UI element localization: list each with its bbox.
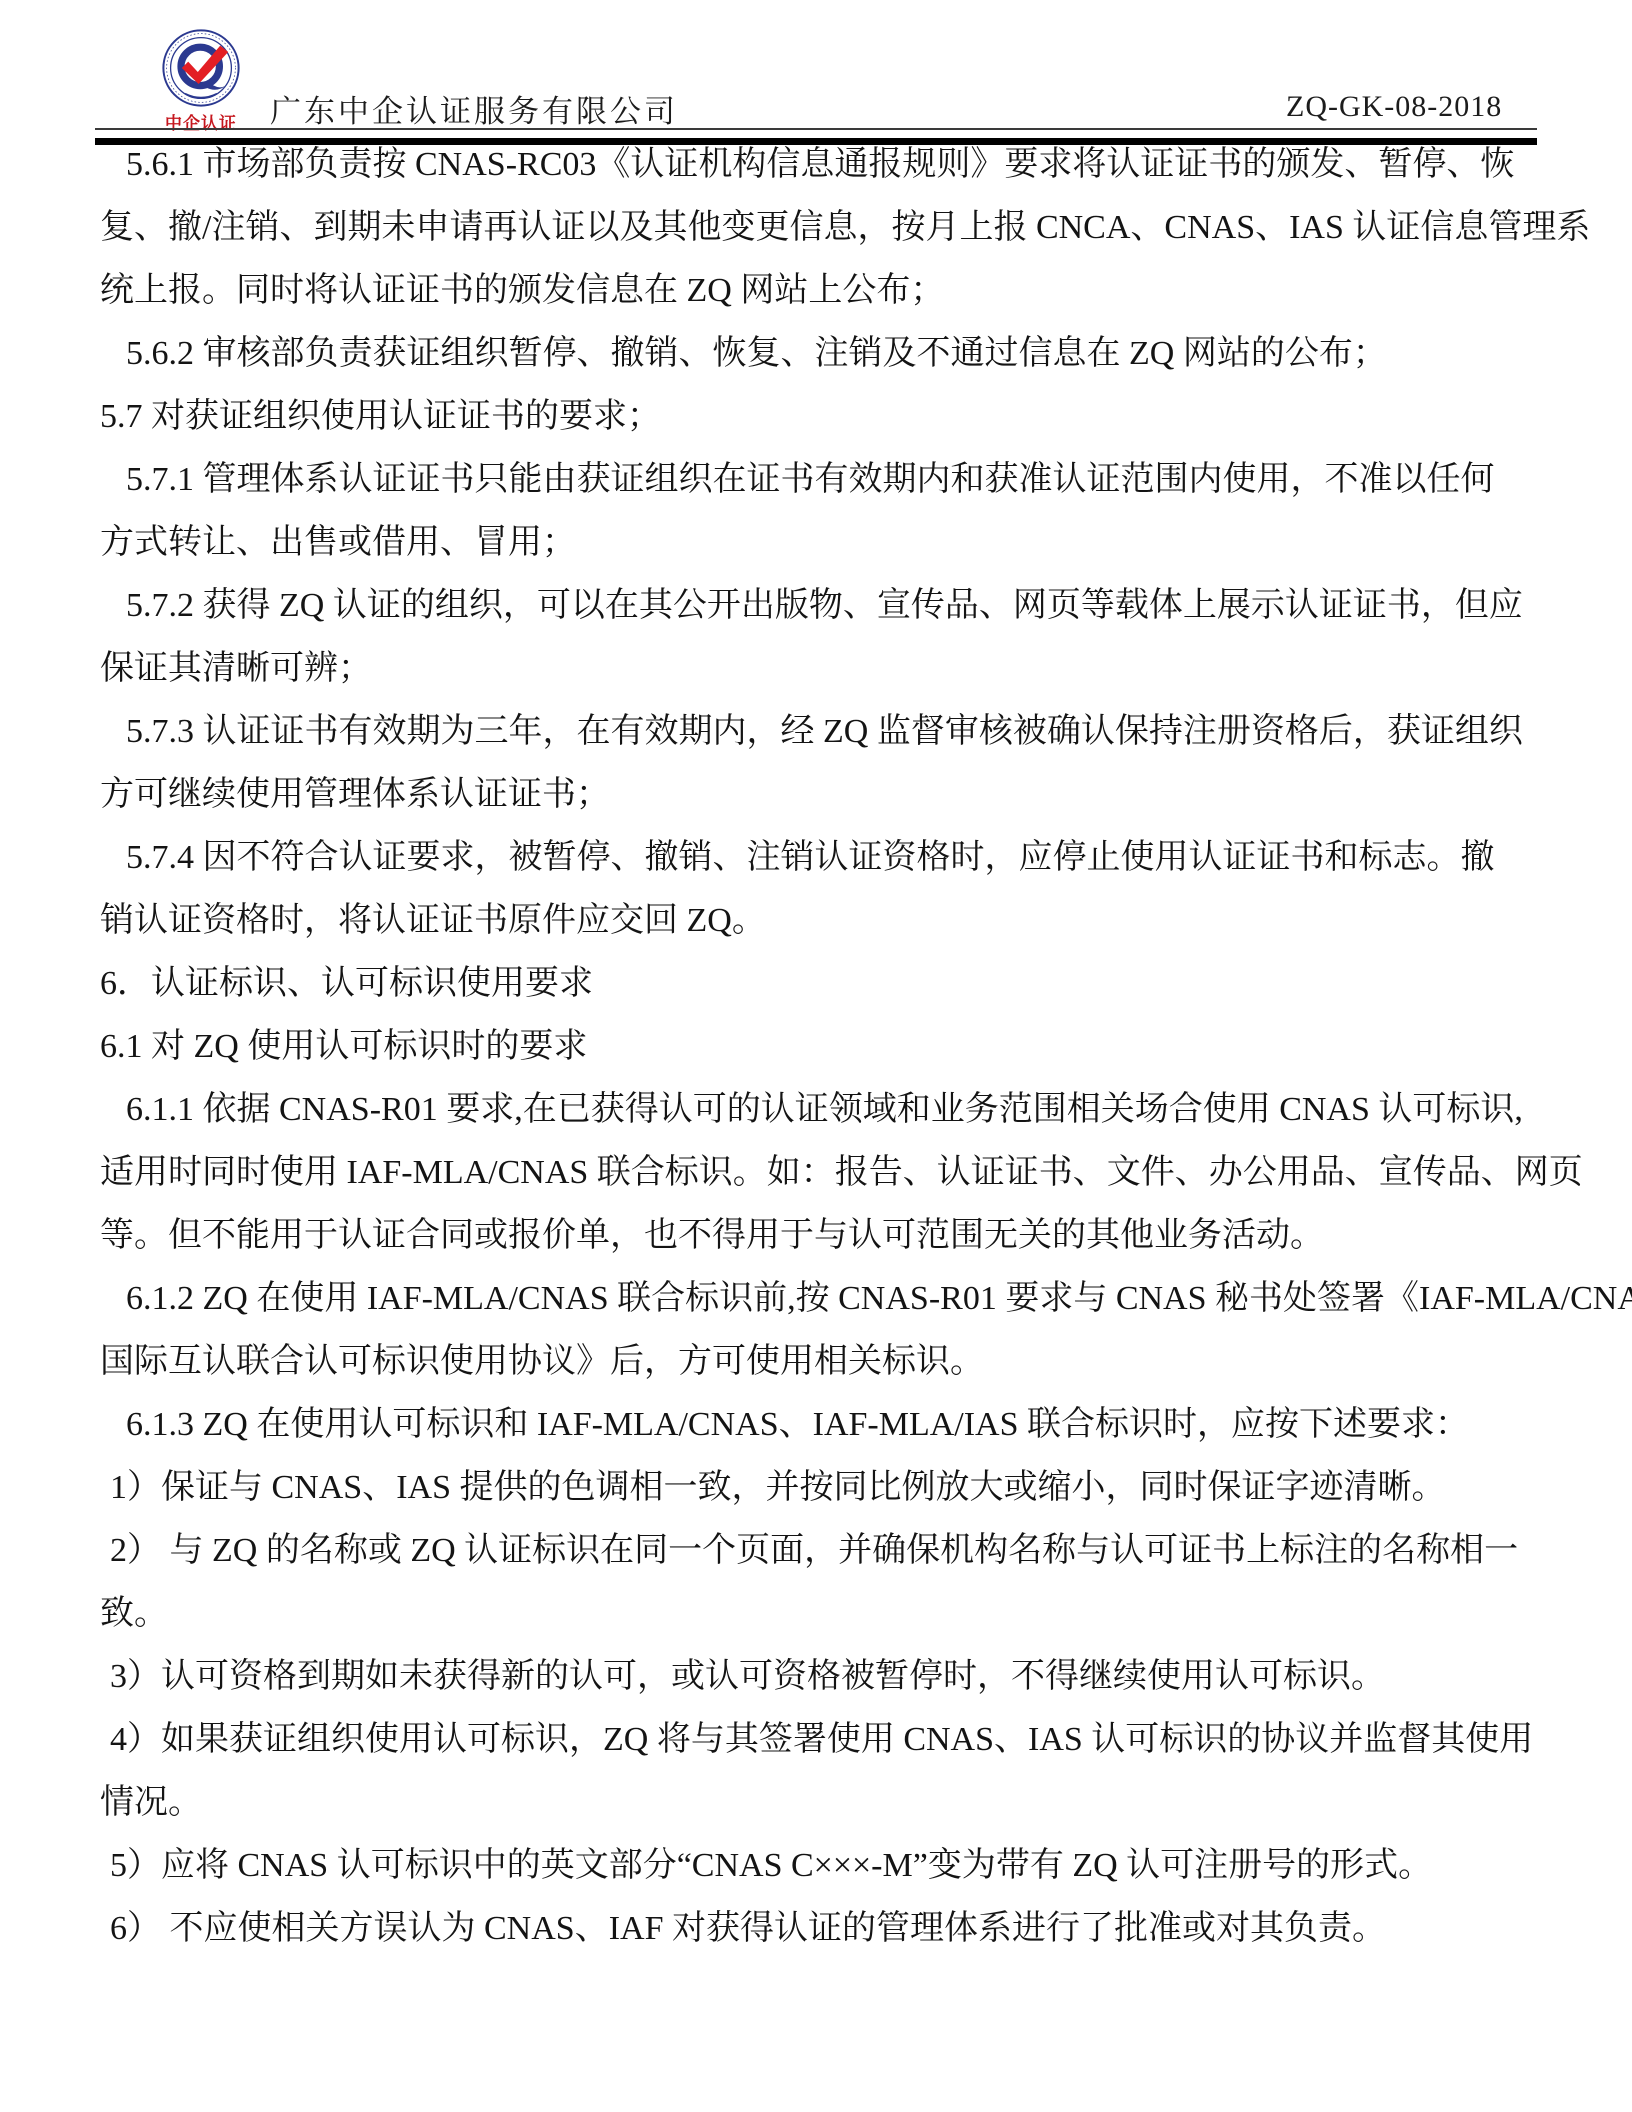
company-name: 广东中企认证服务有限公司 [270, 86, 678, 131]
document-line-text: 5.6.2 审核部负责获证组织暂停、撤销、恢复、注销及不通过信息在 ZQ 网站的… [126, 335, 1387, 372]
document-line: 适用时同时使用 IAF-MLA/CNAS 联合标识。如：报告、认证证书、文件、办… [100, 1141, 1545, 1204]
document-line-text: 情况。 [100, 1784, 202, 1821]
document-line: 4）如果获证组织使用认可标识，ZQ 将与其签署使用 CNAS、IAS 认可标识的… [100, 1708, 1545, 1771]
document-line: 6） 不应使相关方误认为 CNAS、IAF 对获得认证的管理体系进行了批准或对其… [100, 1897, 1545, 1960]
document-line-text: 统上报。同时将认证证书的颁发信息在 ZQ 网站上公布； [100, 272, 944, 309]
document-line-text: 等。但不能用于认证合同或报价单，也不得用于与认可范围无关的其他业务活动。 [100, 1217, 1324, 1254]
company-logo: 中企认证 [158, 28, 244, 134]
document-line: 6.1.2 ZQ 在使用 IAF-MLA/CNAS 联合标识前,按 CNAS-R… [100, 1267, 1545, 1330]
document-line-text: 5）应将 CNAS 认可标识中的英文部分“CNAS C×××-M”变为带有 ZQ… [110, 1847, 1432, 1884]
document-line: 5）应将 CNAS 认可标识中的英文部分“CNAS C×××-M”变为带有 ZQ… [100, 1834, 1545, 1897]
document-line-text: 致。 [100, 1595, 168, 1632]
document-line: 等。但不能用于认证合同或报价单，也不得用于与认可范围无关的其他业务活动。 [100, 1204, 1545, 1267]
document-line: 6.1.1 依据 CNAS-R01 要求,在已获得认可的认证领域和业务范围相关场… [100, 1078, 1545, 1141]
document-line-text: 方式转让、出售或借用、冒用； [100, 524, 576, 561]
document-line-text: 销认证资格时，将认证证书原件应交回 ZQ。 [100, 902, 766, 939]
document-line-text: 6） 不应使相关方误认为 CNAS、IAF 对获得认证的管理体系进行了批准或对其… [110, 1910, 1386, 1947]
document-line-text: 1）保证与 CNAS、IAS 提供的色调相一致，并按同比例放大或缩小，同时保证字… [110, 1469, 1445, 1506]
document-line: 保证其清晰可辨； [100, 637, 1545, 700]
document-line-text: 3）认可资格到期如未获得新的认可，或认可资格被暂停时，不得继续使用认可标识。 [110, 1658, 1385, 1695]
document-line: 2） 与 ZQ 的名称或 ZQ 认证标识在同一个页面，并确保机构名称与认可证书上… [100, 1519, 1545, 1582]
document-line-text: 复、撤/注销、到期未申请再认证以及其他变更信息，按月上报 CNCA、CNAS、I… [100, 209, 1590, 246]
document-line-text: 6．认证标识、认可标识使用要求 [100, 965, 593, 1002]
document-line-text: 5.7.4 因不符合认证要求，被暂停、撤销、注销认证资格时，应停止使用认证证书和… [126, 839, 1495, 876]
document-line-text: 5.7.2 获得 ZQ 认证的组织，可以在其公开出版物、宣传品、网页等载体上展示… [126, 587, 1523, 624]
document-line-text: 4）如果获证组织使用认可标识，ZQ 将与其签署使用 CNAS、IAS 认可标识的… [110, 1721, 1533, 1758]
document-line: 方可继续使用管理体系认证证书； [100, 763, 1545, 826]
document-body: 5.6.1 市场部负责按 CNAS-RC03《认证机构信息通报规则》要求将认证证… [100, 133, 1545, 1960]
document-line-text: 保证其清晰可辨； [100, 650, 372, 687]
document-line: 方式转让、出售或借用、冒用； [100, 511, 1545, 574]
document-line: 销认证资格时，将认证证书原件应交回 ZQ。 [100, 889, 1545, 952]
document-line: 5.6.1 市场部负责按 CNAS-RC03《认证机构信息通报规则》要求将认证证… [100, 133, 1545, 196]
document-line: 5.7 对获证组织使用认证证书的要求； [100, 385, 1545, 448]
document-line: 5.6.2 审核部负责获证组织暂停、撤销、恢复、注销及不通过信息在 ZQ 网站的… [100, 322, 1545, 385]
zq-certification-badge-icon [161, 28, 241, 108]
document-line-text: 5.7 对获证组织使用认证证书的要求； [100, 398, 661, 435]
document-line: 5.7.3 认证证书有效期为三年，在有效期内，经 ZQ 监督审核被确认保持注册资… [100, 700, 1545, 763]
document-line-text: 国际互认联合认可标识使用协议》后，方可使用相关标识。 [100, 1343, 984, 1380]
document-line-text: 方可继续使用管理体系认证证书； [100, 776, 610, 813]
document-line-text: 5.7.1 管理体系认证证书只能由获证组织在证书有效期内和获准认证范围内使用，不… [126, 461, 1495, 498]
document-line: 国际互认联合认可标识使用协议》后，方可使用相关标识。 [100, 1330, 1545, 1393]
document-line: 1）保证与 CNAS、IAS 提供的色调相一致，并按同比例放大或缩小，同时保证字… [100, 1456, 1545, 1519]
document-page: 中企认证 广东中企认证服务有限公司 ZQ-GK-08-2018 5.6.1 市场… [0, 0, 1632, 2112]
document-line-text: 6.1.2 ZQ 在使用 IAF-MLA/CNAS 联合标识前,按 CNAS-R… [126, 1280, 1632, 1317]
document-line-text: 5.6.1 市场部负责按 CNAS-RC03《认证机构信息通报规则》要求将认证证… [126, 146, 1514, 183]
document-line: 3）认可资格到期如未获得新的认可，或认可资格被暂停时，不得继续使用认可标识。 [100, 1645, 1545, 1708]
doc-number: ZQ-GK-08-2018 [1286, 90, 1502, 124]
header-rule-thin [95, 128, 1537, 130]
document-line-text: 2） 与 ZQ 的名称或 ZQ 认证标识在同一个页面，并确保机构名称与认可证书上… [110, 1532, 1518, 1569]
document-line-text: 5.7.3 认证证书有效期为三年，在有效期内，经 ZQ 监督审核被确认保持注册资… [126, 713, 1523, 750]
document-line: 5.7.2 获得 ZQ 认证的组织，可以在其公开出版物、宣传品、网页等载体上展示… [100, 574, 1545, 637]
document-line: 统上报。同时将认证证书的颁发信息在 ZQ 网站上公布； [100, 259, 1545, 322]
document-line: 6.1 对 ZQ 使用认可标识时的要求 [100, 1015, 1545, 1078]
document-line-text: 适用时同时使用 IAF-MLA/CNAS 联合标识。如：报告、认证证书、文件、办… [100, 1154, 1583, 1191]
document-line: 6．认证标识、认可标识使用要求 [100, 952, 1545, 1015]
document-line: 6.1.3 ZQ 在使用认可标识和 IAF-MLA/CNAS、IAF-MLA/I… [100, 1393, 1545, 1456]
document-line: 5.7.4 因不符合认证要求，被暂停、撤销、注销认证资格时，应停止使用认证证书和… [100, 826, 1545, 889]
logo-caption: 中企认证 [158, 109, 244, 134]
document-line: 情况。 [100, 1771, 1545, 1834]
document-line: 致。 [100, 1582, 1545, 1645]
document-line: 复、撤/注销、到期未申请再认证以及其他变更信息，按月上报 CNCA、CNAS、I… [100, 196, 1545, 259]
document-line-text: 6.1.1 依据 CNAS-R01 要求,在已获得认可的认证领域和业务范围相关场… [126, 1091, 1523, 1128]
document-line-text: 6.1.3 ZQ 在使用认可标识和 IAF-MLA/CNAS、IAF-MLA/I… [126, 1406, 1469, 1443]
document-line: 5.7.1 管理体系认证证书只能由获证组织在证书有效期内和获准认证范围内使用，不… [100, 448, 1545, 511]
document-line-text: 6.1 对 ZQ 使用认可标识时的要求 [100, 1028, 587, 1065]
